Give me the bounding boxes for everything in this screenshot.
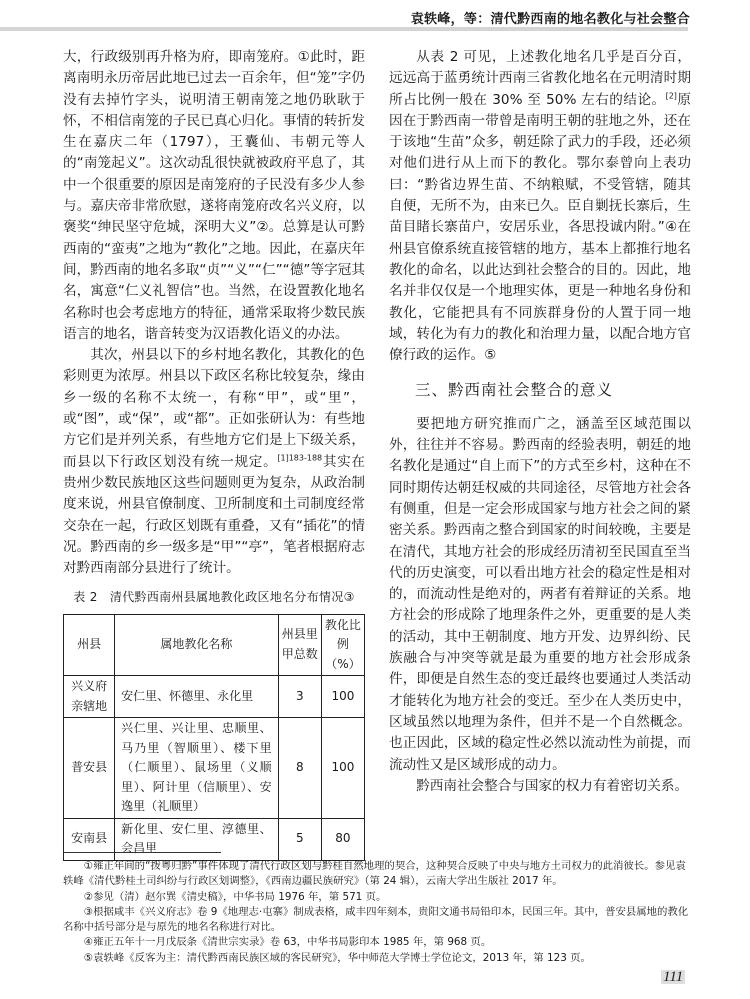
county-cell: 安南县: [64, 818, 115, 860]
column-header: 属地教化名称: [115, 614, 279, 676]
data-table: 州县 属地教化名称 州县里甲总数 教化比例（%） 兴义府亲辖地 安仁里、怀德里、…: [63, 614, 365, 861]
names-cell: 新化里、安仁里、淳德里、会昌里: [115, 818, 279, 860]
names-cell: 安仁里、怀德里、永化里: [115, 676, 279, 718]
county-cell: 普安县: [64, 718, 115, 819]
body-paragraph: 从表 2 可见，上述教化地名几乎是百分百，远远高于蓝勇统计西南三省教化地名在元明…: [389, 47, 691, 366]
column-header: 州县里甲总数: [278, 614, 321, 676]
total-cell: 5: [278, 818, 321, 860]
footnote: ④雍正五年十一月戊辰条《清世宗实录》卷 63，中华书局影印本 1985 年，第 …: [63, 935, 693, 950]
footnote: ①雍正年间的“拨粤归黔”事件体现了清代行政区划与黔桂自然地理的契合，这种契合反映…: [63, 859, 693, 890]
table-caption: 表 2 清代黔西南州县属地教化政区地名分布情况③: [63, 587, 365, 608]
citation-ref: [1]183-188: [277, 453, 322, 462]
body-paragraph: 其次，州县以下的乡村地名教化，其教化的色彩则更为浓厚。州县以下政区名称比较复杂，…: [63, 345, 365, 579]
column-header: 州县: [64, 614, 115, 676]
right-column: 从表 2 可见，上述教化地名几乎是百分百，远远高于蓝勇统计西南三省教化地名在元明…: [389, 47, 691, 797]
body-paragraph: 要把地方研究推而广之，涵盖至区域范围以外，往往并不容易。黔西南的经验表明，朝廷的…: [389, 414, 691, 776]
ratio-cell: 100: [321, 676, 364, 718]
header-rule: [0, 27, 688, 31]
table-row: 普安县 兴仁里、兴让里、忠顺里、马乃里（智顺里）、楼下里（仁顺里）、鼠场里（义顺…: [64, 718, 365, 819]
total-cell: 8: [278, 718, 321, 819]
footnote: ②参见（清）赵尔巽《清史稿》，中华书局 1976 年，第 571 页。: [63, 890, 693, 905]
paragraph-text: 从表 2 可见，上述教化地名几乎是百分百，远远高于蓝勇统计西南三省教化地名在元明…: [389, 49, 691, 108]
body-paragraph: 大，行政级别再升格为府，即南笼府。①此时，距离南明永历帝居此地已过去一百余年，但…: [63, 47, 365, 345]
paragraph-text: 其实在贵州少数民族地区这些问题则更为复杂，从政治制度来说，州县官僚制度、卫所制度…: [63, 454, 365, 576]
footnote: ③根据咸丰《兴义府志》卷 9《地理志·屯寨》制成表格，咸丰四年刻本，贵阳文通书局…: [63, 905, 693, 936]
citation-ref: [2]: [666, 91, 677, 100]
table-row: 兴义府亲辖地 安仁里、怀德里、永化里 3 100: [64, 676, 365, 718]
left-column: 大，行政级别再升格为府，即南笼府。①此时，距离南明永历帝居此地已过去一百余年，但…: [63, 47, 365, 861]
ratio-cell: 100: [321, 718, 364, 819]
body-paragraph: 黔西南社会整合与国家的权力有着密切关系。: [389, 776, 691, 797]
section-heading: 三、黔西南社会整合的意义: [415, 380, 691, 401]
column-header: 教化比例（%）: [321, 614, 364, 676]
table-header-row: 州县 属地教化名称 州县里甲总数 教化比例（%）: [64, 614, 365, 676]
total-cell: 3: [278, 676, 321, 718]
footnotes: ①雍正年间的“拨粤归黔”事件体现了清代行政区划与黔桂自然地理的契合，这种契合反映…: [63, 859, 693, 966]
table-row: 安南县 新化里、安仁里、淳德里、会昌里 5 80: [64, 818, 365, 860]
page-number: 111: [661, 970, 685, 984]
names-cell: 兴仁里、兴让里、忠顺里、马乃里（智顺里）、楼下里（仁顺里）、鼠场里（义顺里）、阿…: [115, 718, 279, 819]
paragraph-text: 其次，州县以下的乡村地名教化，其教化的色彩则更为浓厚。州县以下政区名称比较复杂，…: [63, 347, 365, 469]
footnote-divider: [63, 852, 221, 853]
paragraph-text: 原因在于黔西南一带曾是南明王朝的驻地之外，还在于该地“生苗”众多，朝廷除了武力的…: [389, 92, 691, 364]
county-cell: 兴义府亲辖地: [64, 676, 115, 718]
footnote: ⑤袁轶峰《反客为主：清代黔西南民族区域的客民研究》，华中师范大学博士学位论文，2…: [63, 951, 693, 966]
running-title: 袁轶峰，等：清代黔西南的地名教化与社会整合: [400, 8, 690, 27]
ratio-cell: 80: [321, 818, 364, 860]
